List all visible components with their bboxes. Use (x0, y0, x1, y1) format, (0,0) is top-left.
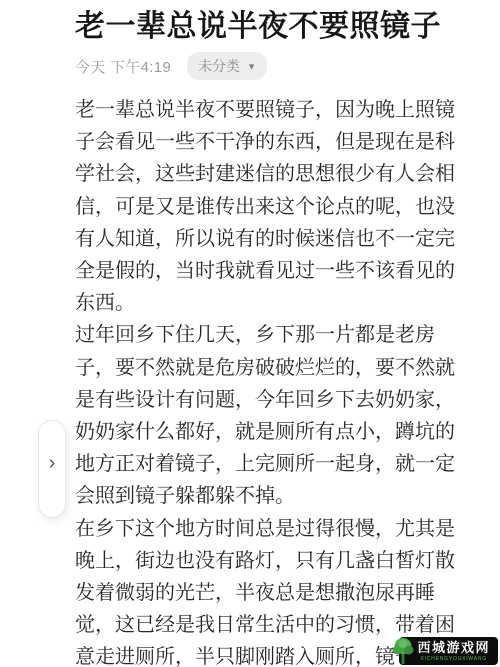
note-body-line: 子，要不然就是危房破破烂烂的，要不然就 (75, 352, 455, 384)
watermark-title: 西城游戏网 (417, 640, 490, 655)
caret-down-icon: ▼ (247, 62, 256, 72)
note-body-line: 东西。 (75, 287, 455, 319)
note-body-line: 奶奶家什么都好，就是厕所有点小，蹲坑的 (75, 416, 455, 448)
drawer-expand-handle[interactable]: › (38, 420, 66, 518)
tree-icon (391, 637, 415, 665)
note-body-line: 学社会，这些封建迷信的思想很少有人会相 (75, 158, 455, 190)
note-body-line: 发着微弱的光芒，半夜总是想撒泡尿再睡 (75, 577, 455, 609)
note-timestamp: 今天 下午4:19 (75, 56, 171, 77)
note-body-line: 是有些设计有问题，今年回乡下去奶奶家， (75, 384, 455, 416)
watermark-subtext: XICHENGYOUXIWANG (417, 656, 490, 662)
note-body-line: 在乡下这个地方时间总是过得很慢，尤其是 (75, 513, 455, 545)
note-body-line: 有人知道，所以说有的时候迷信也不一定完 (75, 223, 455, 255)
note-content: 老一辈总说半夜不要照镜子 今天 下午4:19 未分类 ▼ 老一辈总说半夜不要照镜… (0, 0, 500, 667)
note-title: 老一辈总说半夜不要照镜子 (75, 6, 455, 48)
note-body-line: 过年回乡下住几天，乡下那一片都是老房 (75, 319, 455, 351)
note-body-line: 子会看见一些不干净的东西，但是现在是科 (75, 126, 455, 158)
note-body-line: 地方正对着镜子，上完厕所一起身，就一定 (75, 448, 455, 480)
note-page: 老一辈总说半夜不要照镜子 今天 下午4:19 未分类 ▼ 老一辈总说半夜不要照镜… (0, 0, 500, 667)
note-body-line: 信，可是又是谁传出来这个论点的呢，也没 (75, 191, 455, 223)
chevron-right-icon: › (49, 453, 56, 473)
note-body[interactable]: 老一辈总说半夜不要照镜子，因为晚上照镜子会看见一些不干净的东西，但是现在是科学社… (75, 94, 455, 667)
category-selector[interactable]: 未分类 ▼ (187, 52, 267, 80)
watermark-badge: 西城游戏网 XICHENGYOUXIWANG (399, 637, 498, 665)
note-meta-row: 今天 下午4:19 未分类 ▼ (75, 53, 455, 79)
category-label: 未分类 (198, 56, 240, 76)
note-body-line: 老一辈总说半夜不要照镜子，因为晚上照镜 (75, 94, 455, 126)
note-body-line: 晚上，街边也没有路灯，只有几盏白皙灯散 (75, 545, 455, 577)
note-body-line: 会照到镜子躲都躲不掉。 (75, 480, 455, 512)
note-body-line: 全是假的，当时我就看见过一些不该看见的 (75, 255, 455, 287)
